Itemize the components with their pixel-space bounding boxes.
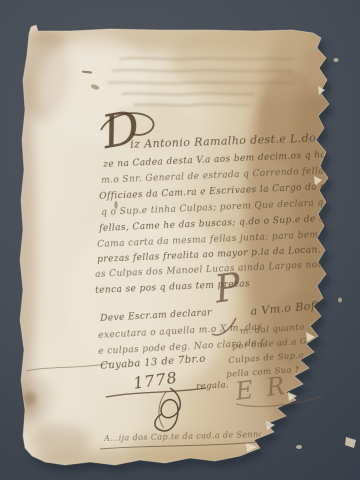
docket-line: A…ija dos Cap.te da cad.a de Senna L.a — [104, 429, 281, 443]
petition-closing-word: regala. — [196, 380, 229, 392]
place-date-line: Cuyaba 13 de 7br.o — [100, 354, 206, 372]
year-numerals: 1778 — [132, 368, 179, 393]
photo-of-manuscript: D iz Antonio Ramalho dest.e L.do p.zo ze… — [0, 0, 360, 480]
manuscript-opening-line: iz Antonio Ramalho dest.e L.do p.zo — [130, 131, 345, 151]
petition-line: Deve Escr.am declarar — [100, 308, 212, 324]
petition-line: a Vm.o Bofte — [250, 298, 327, 318]
petition-line: executara o aquella m.o X m. das — [98, 322, 263, 341]
